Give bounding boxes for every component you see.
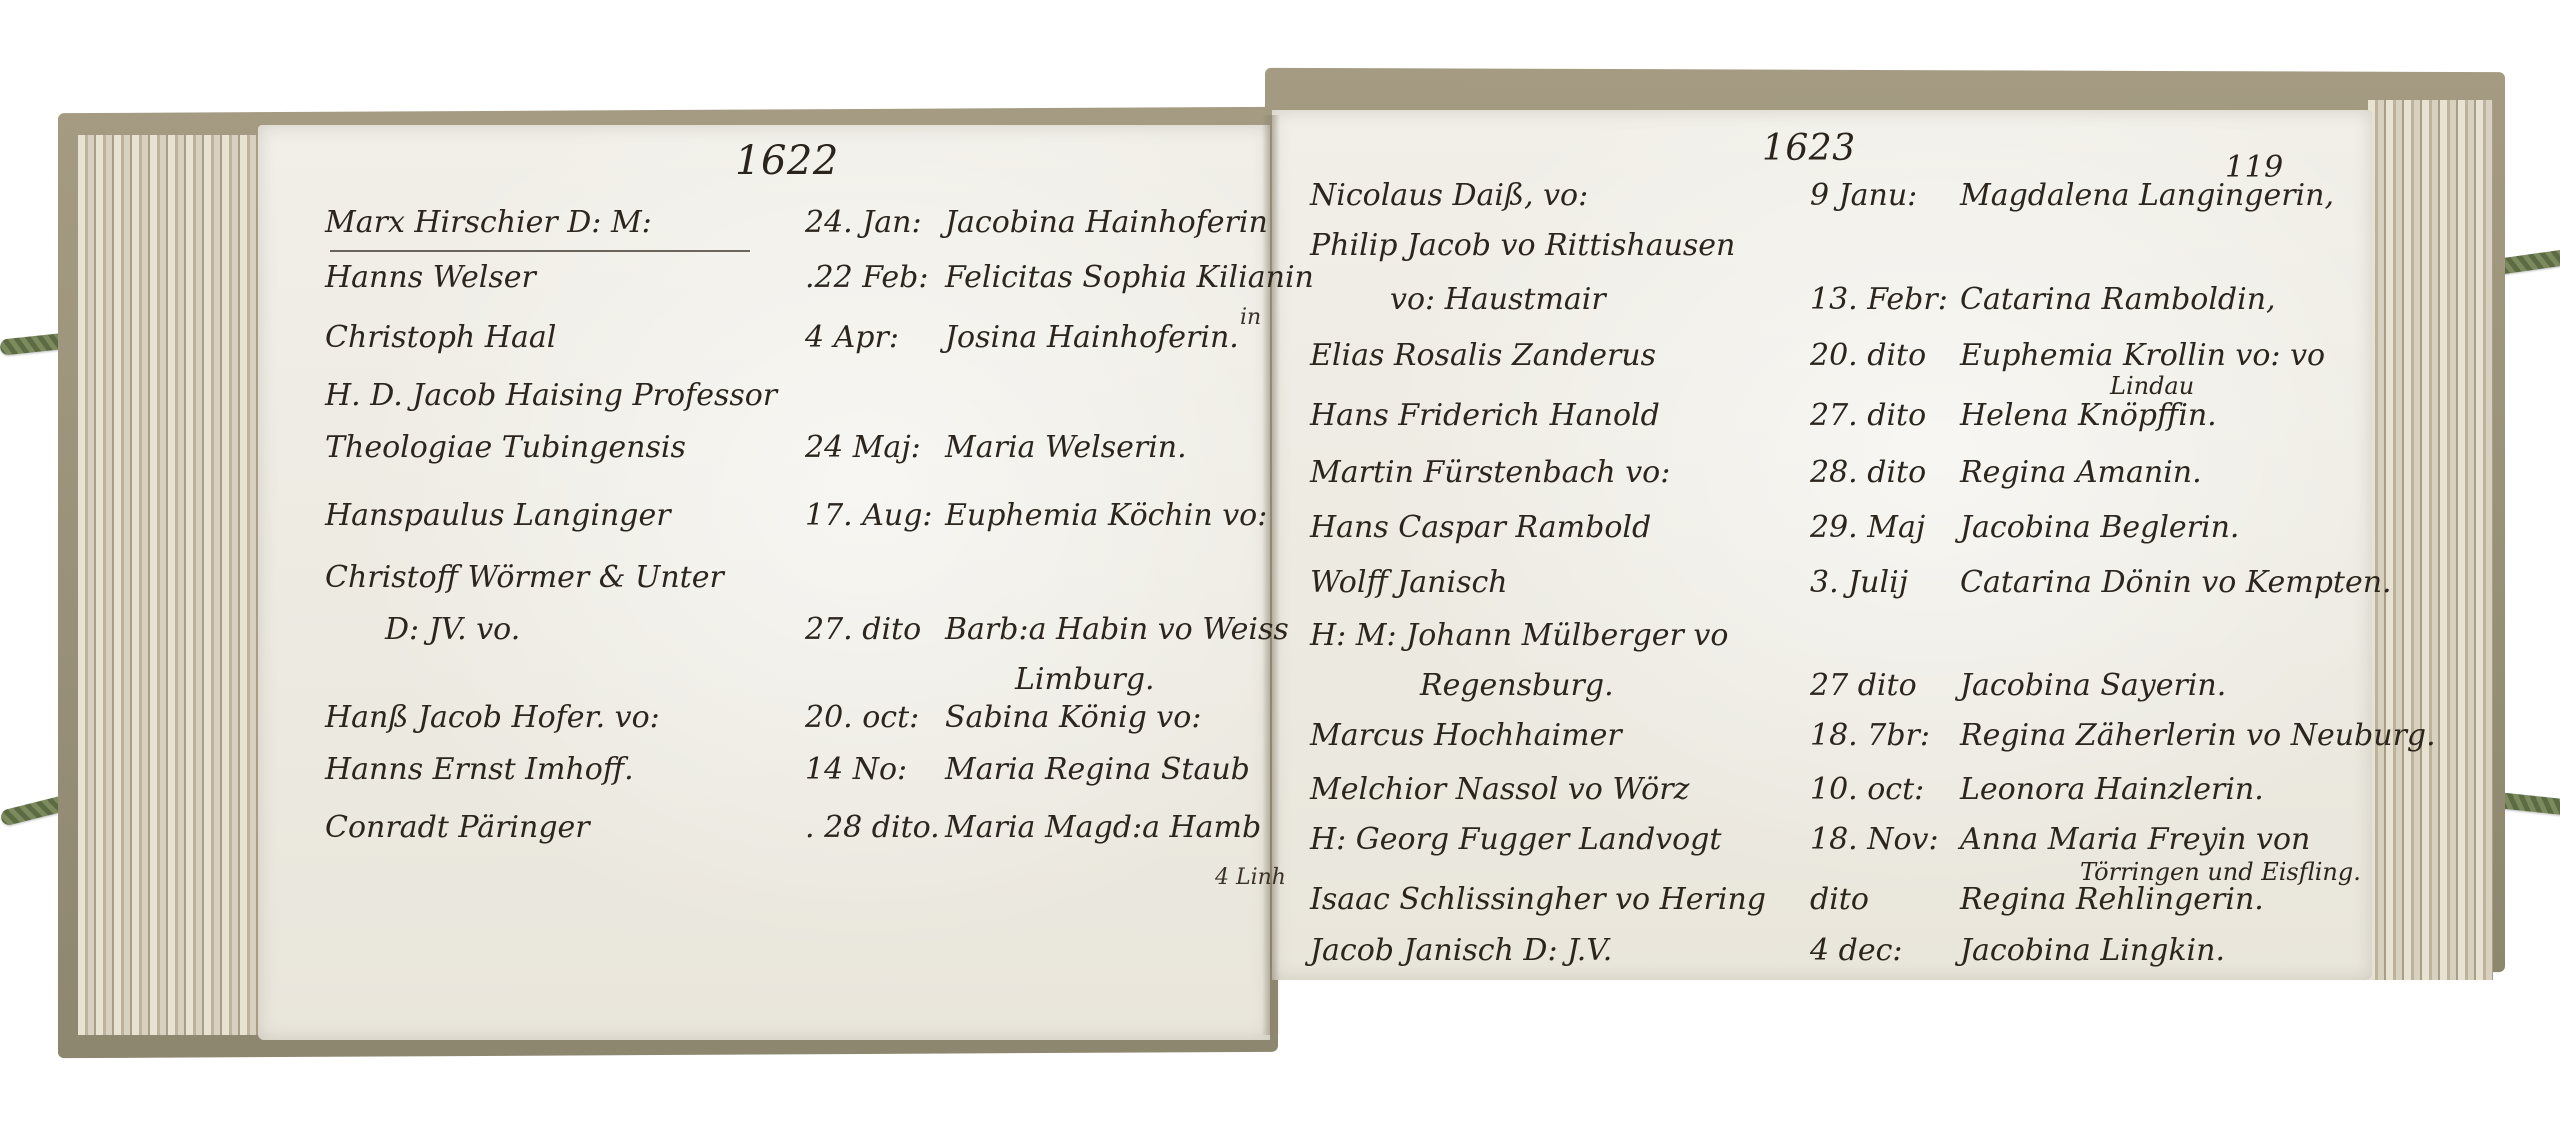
register-entry: Theologiae Tubingensis24 Maj:Maria Welse… (325, 430, 686, 465)
marriage-date: dito (1810, 882, 1869, 917)
groom-name: Conradt Päringer (325, 810, 590, 845)
bride-name: Jacobina Beglerin. (1960, 510, 2239, 545)
register-entry: Hans Friderich Hanold27. ditoHelena Knöp… (1310, 398, 1660, 433)
groom-name: Martin Fürstenbach vo: (1310, 455, 1670, 490)
register-entry: Isaac Schlissingher vo HeringditoRegina … (1310, 882, 1766, 917)
groom-name: Hanß Jacob Hofer. vo: (325, 700, 660, 735)
groom-name: Hanspaulus Langinger (325, 498, 671, 533)
bride-name: Jacobina Sayerin. (1960, 668, 2226, 703)
groom-name: H. D. Jacob Haising Professor (325, 378, 777, 413)
bride-name: Maria Magd:a Hamb (945, 810, 1261, 845)
bride-name: Jacobina Hainhoferin (945, 205, 1268, 240)
margin-note: 4 Linh (1215, 865, 1286, 890)
register-entry: Christoph Haal4 Apr:Josina Hainhoferin. (325, 320, 556, 355)
groom-name: vo: Haustmair (1390, 282, 1606, 317)
bride-name: Jacobina Lingkin. (1960, 933, 2225, 968)
register-entry: Marcus Hochhaimer18. 7br:Regina Zäherler… (1310, 718, 1622, 753)
register-entry: H: Georg Fugger Landvogt18. Nov:Anna Mar… (1310, 822, 1721, 857)
groom-name: Hanns Ernst Imhoff. (325, 752, 634, 787)
marriage-date: 27. dito (1810, 398, 1926, 433)
register-entry: Martin Fürstenbach vo:28. ditoRegina Ama… (1310, 455, 1670, 490)
page-edges-right (2368, 100, 2493, 980)
register-entry: Hanß Jacob Hofer. vo:20. oct:Sabina Köni… (325, 700, 660, 735)
bride-name: Regina Rehlingerin. (1960, 882, 2264, 917)
bride-name: Regina Amanin. (1960, 455, 2202, 490)
register-entry: Elias Rosalis Zanderus20. ditoEuphemia K… (1310, 338, 1656, 373)
marriage-date: 9 Janu: (1810, 178, 1917, 213)
groom-name: H: Georg Fugger Landvogt (1310, 822, 1721, 857)
register-entry: Marx Hirschier D: M:24. Jan:Jacobina Hai… (325, 205, 652, 240)
register-entry: Hans Caspar Rambold29. MajJacobina Begle… (1310, 510, 1651, 545)
groom-name: Hans Friderich Hanold (1310, 398, 1660, 433)
bride-name: Regina Zäherlerin vo Neuburg. (1960, 718, 2436, 753)
register-entry: D: JV. vo.27. ditoBarb:a Habin vo Weiss (325, 612, 520, 647)
bride-name: Euphemia Köchin vo: (945, 498, 1267, 533)
register-entry: Regensburg.27 ditoJacobina Sayerin. (1310, 668, 1614, 703)
groom-name: Marcus Hochhaimer (1310, 718, 1622, 753)
register-entry: Nicolaus Daiß, vo:9 Janu:Magdalena Langi… (1310, 178, 1588, 213)
bride-name: Magdalena Langingerin, (1960, 178, 2334, 213)
groom-name: Hans Caspar Rambold (1310, 510, 1651, 545)
marriage-date: 10. oct: (1810, 772, 1924, 807)
marriage-date: 18. Nov: (1810, 822, 1939, 857)
register-entry: Hanns Welser.22 Feb:Felicitas Sophia Kil… (325, 260, 536, 295)
marriage-date: 27. dito (805, 612, 921, 647)
bride-name: Felicitas Sophia Kilianin (945, 260, 1314, 295)
register-entry: vo: Haustmair13. Febr:Catarina Ramboldin… (1310, 282, 1606, 317)
bride-name: Anna Maria Freyin von (1960, 822, 2310, 857)
groom-name: Philip Jacob vo Rittishausen (1310, 228, 1735, 263)
register-entry: Melchior Nassol vo Wörz10. oct:Leonora H… (1310, 772, 1689, 807)
marriage-date: 20. dito (1810, 338, 1926, 373)
marriage-date: .22 Feb: (805, 260, 929, 295)
marriage-date: 24. Jan: (805, 205, 922, 240)
marriage-date: 20. oct: (805, 700, 919, 735)
bride-name: Catarina Dönin vo Kempten. (1960, 565, 2392, 600)
bride-name: Euphemia Krollin vo: vo (1960, 338, 2325, 373)
marriage-date: 4 Apr: (805, 320, 899, 355)
marriage-date: 24 Maj: (805, 430, 921, 465)
marriage-date: 28. dito (1810, 455, 1926, 490)
marriage-date: . 28 dito. (805, 810, 940, 845)
groom-name: H: M: Johann Mülberger vo (1310, 618, 1728, 653)
marriage-date: 18. 7br: (1810, 718, 1930, 753)
groom-name: D: JV. vo. (385, 612, 520, 647)
groom-name: Melchior Nassol vo Wörz (1310, 772, 1689, 807)
register-entry: Philip Jacob vo Rittishausen (1310, 228, 1735, 263)
groom-name: Hanns Welser (325, 260, 536, 295)
groom-name: Christoff Wörmer & Unter (325, 560, 724, 595)
groom-name: Nicolaus Daiß, vo: (1310, 178, 1588, 213)
groom-name: Elias Rosalis Zanderus (1310, 338, 1656, 373)
register-entry: Conradt Päringer. 28 dito.Maria Magd:a H… (325, 810, 590, 845)
marriage-date: 4 dec: (1810, 933, 1903, 968)
bride-name: Leonora Hainzlerin. (1960, 772, 2264, 807)
marriage-date: 14 No: (805, 752, 907, 787)
register-entry: H: M: Johann Mülberger vo (1310, 618, 1728, 653)
entry-underline (330, 250, 750, 252)
groom-name: Jacob Janisch D: J.V. (1310, 933, 1612, 968)
right-page-year: 1623 (1762, 128, 1856, 169)
bride-name: Catarina Ramboldin, (1960, 282, 2276, 317)
groom-name: Regensburg. (1420, 668, 1614, 703)
bride-name: Maria Regina Staub (945, 752, 1250, 787)
register-entry: Jacob Janisch D: J.V.4 dec:Jacobina Ling… (1310, 933, 1612, 968)
bride-name: Barb:a Habin vo Weiss (945, 612, 1289, 647)
groom-name: Isaac Schlissingher vo Hering (1310, 882, 1766, 917)
register-entry: Hanns Ernst Imhoff.14 No:Maria Regina St… (325, 752, 634, 787)
marriage-date: 27 dito (1810, 668, 1917, 703)
register-entry: Wolff Janisch3. JulijCatarina Dönin vo K… (1310, 565, 1508, 600)
margin-note: in (1240, 305, 1261, 330)
groom-name: Marx Hirschier D: M: (325, 205, 652, 240)
marriage-date: 13. Febr: (1810, 282, 1948, 317)
marriage-date: 3. Julij (1810, 565, 1908, 600)
groom-name: Theologiae Tubingensis (325, 430, 686, 465)
bride-name: Maria Welserin. (945, 430, 1187, 465)
bride-name: Sabina König vo: (945, 700, 1201, 735)
groom-name: Christoph Haal (325, 320, 556, 355)
register-entry: H. D. Jacob Haising Professor (325, 378, 777, 413)
register-entry: Hanspaulus Langinger17. Aug:Euphemia Köc… (325, 498, 671, 533)
bride-name: Josina Hainhoferin. (945, 320, 1239, 355)
page-edges-left (78, 135, 263, 1035)
bride-name: Limburg. (1015, 662, 1155, 697)
marriage-date: 17. Aug: (805, 498, 933, 533)
book-spine (1262, 115, 1280, 1035)
bride-name: Helena Knöpffin. (1960, 398, 2217, 433)
marriage-date: 29. Maj (1810, 510, 1925, 545)
register-entry: Christoff Wörmer & Unter (325, 560, 724, 595)
groom-name: Wolff Janisch (1310, 565, 1508, 600)
left-page-year: 1622 (735, 138, 839, 184)
bride-name: Lindau (2110, 372, 2194, 400)
